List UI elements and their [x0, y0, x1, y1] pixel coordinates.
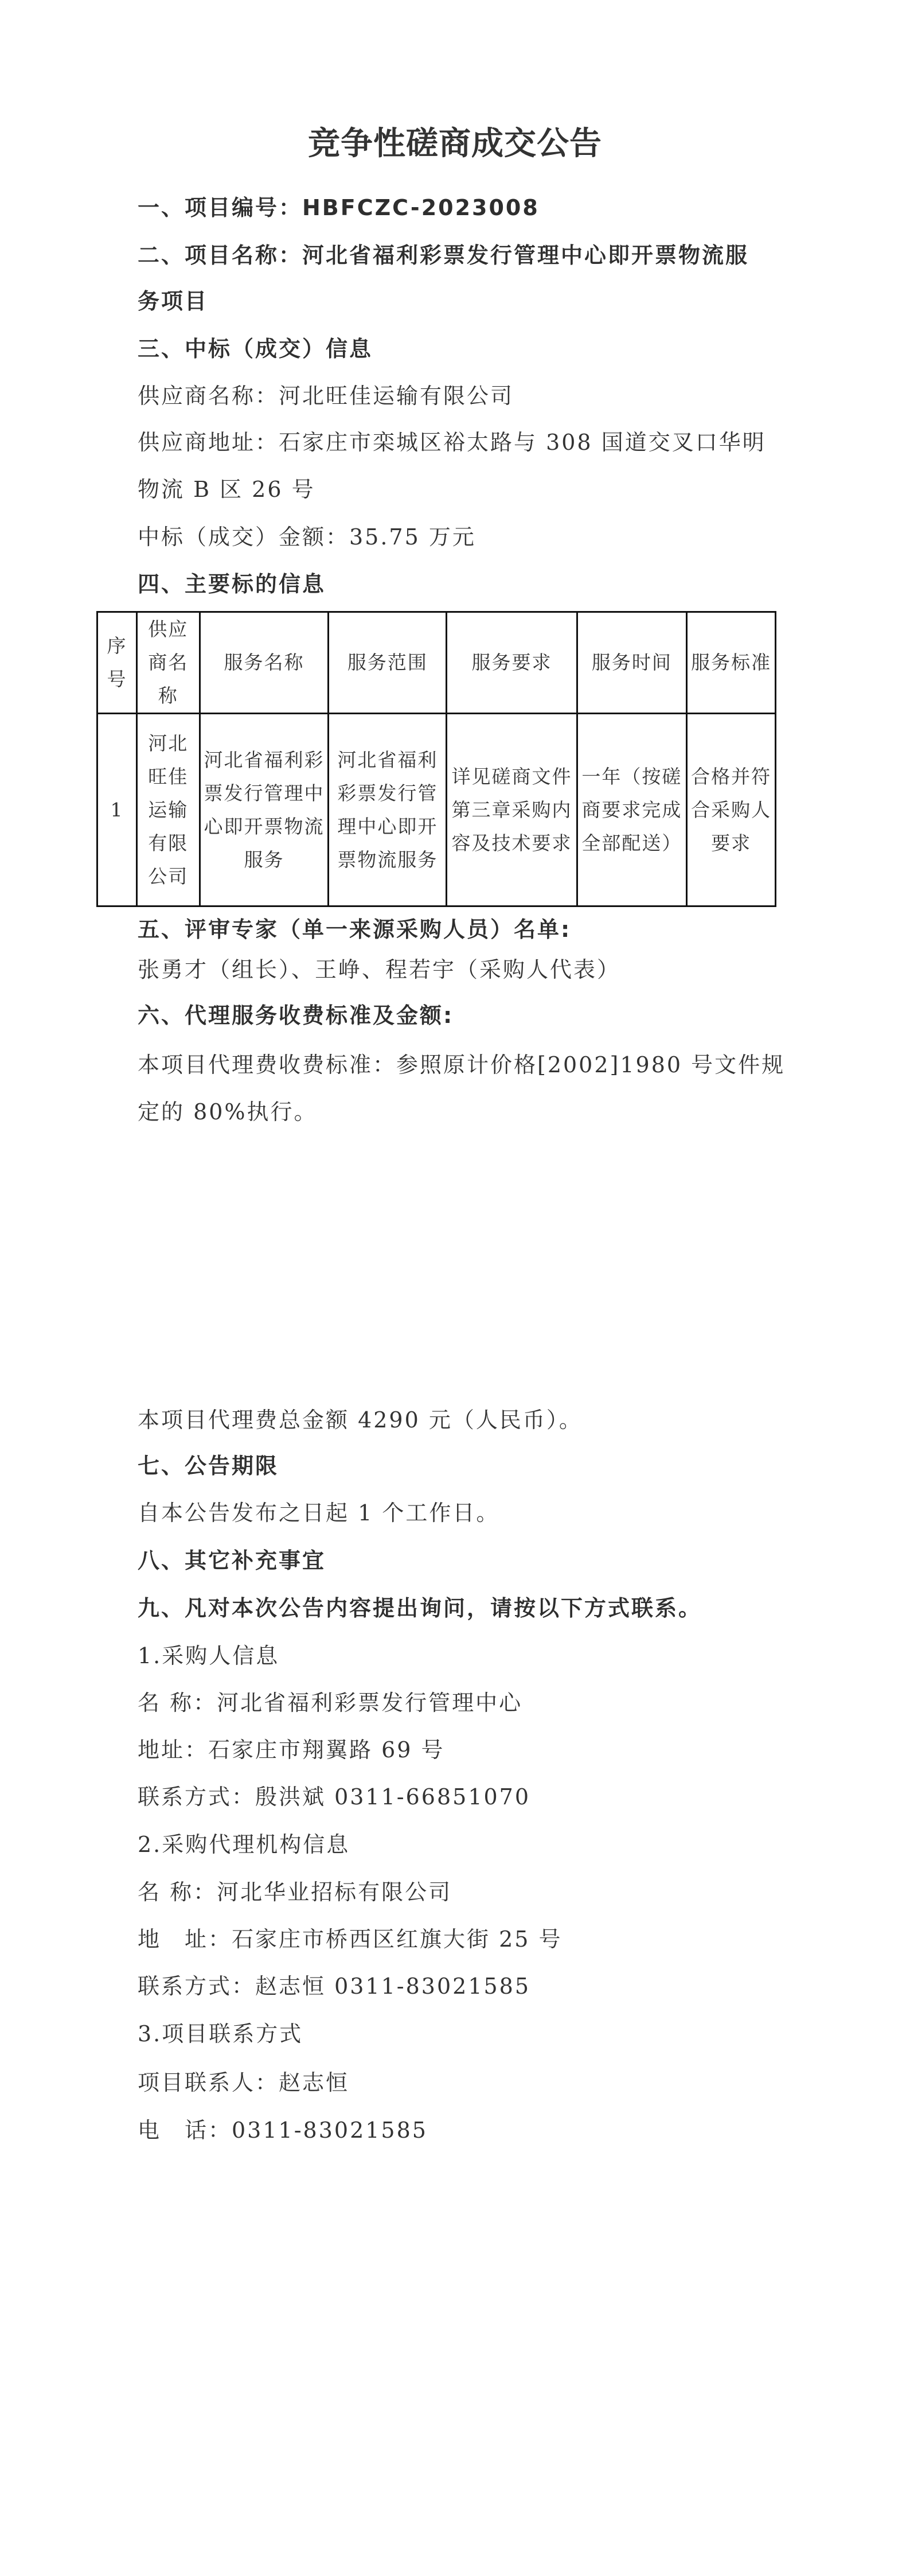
header-index: 序号: [97, 612, 137, 714]
award-info-heading: 三、中标（成交）信息: [138, 336, 373, 362]
table-header-row: 序号 供应商名称 服务名称 服务范围 服务要求 服务时间 服务标准: [97, 612, 776, 714]
contact-heading: 九、凡对本次公告内容提出询问，请按以下方式联系。: [138, 1595, 702, 1621]
notice-period-heading: 七、公告期限: [138, 1453, 279, 1479]
agency-address: 地 址：石家庄市桥西区红旗大街 25 号: [138, 1926, 563, 1952]
header-service-name: 服务名称: [200, 612, 329, 714]
cell-service-scope: 河北省福利彩票发行管理中心即开票物流服务: [329, 714, 447, 906]
cell-supplier: 河北旺佳运输有限公司: [137, 714, 200, 906]
cell-service-time: 一年（按磋商要求完成全部配送）: [577, 714, 687, 906]
agency-fee-total: 本项目代理费总金额 4290 元（人民币）。: [138, 1407, 583, 1433]
agency-heading: 2.采购代理机构信息: [138, 1831, 350, 1858]
header-service-standard: 服务标准: [687, 612, 776, 714]
main-subject-table: 序号 供应商名称 服务名称 服务范围 服务要求 服务时间 服务标准 1 河北旺佳…: [96, 611, 776, 907]
project-name-line-1: 二、项目名称：河北省福利彩票发行管理中心即开票物流服: [138, 242, 749, 269]
other-matters-heading: 八、其它补充事宜: [138, 1547, 326, 1574]
purchaser-heading: 1.采购人信息: [138, 1643, 279, 1669]
supplier-name: 供应商名称：河北旺佳运输有限公司: [138, 383, 514, 409]
award-amount: 中标（成交）金额：35.75 万元: [138, 524, 476, 550]
cell-index: 1: [97, 714, 137, 906]
agency-contact: 联系方式：赵志恒 0311-83021585: [138, 1973, 530, 1999]
header-service-requirement: 服务要求: [447, 612, 577, 714]
supplier-address-line-2: 物流 B 区 26 号: [138, 476, 315, 503]
table-row: 1 河北旺佳运输有限公司 河北省福利彩票发行管理中心即开票物流服务 河北省福利彩…: [97, 714, 776, 906]
experts-list: 张勇才（组长）、王峥、程若宇（采购人代表）: [138, 956, 620, 983]
agency-fee-standard-line-1: 本项目代理费收费标准：参照原计价格[2002]1980 号文件规: [138, 1052, 785, 1078]
project-contact-phone: 电 话：0311-83021585: [138, 2117, 428, 2143]
agency-fee-standard-line-2: 定的 80%执行。: [138, 1099, 318, 1125]
cell-service-name: 河北省福利彩票发行管理中心即开票物流服务: [200, 714, 329, 906]
purchaser-name: 名 称：河北省福利彩票发行管理中心: [138, 1690, 522, 1716]
project-name-line-2: 务项目: [138, 288, 208, 314]
main-subject-heading: 四、主要标的信息: [138, 571, 326, 597]
agency-fee-heading: 六、代理服务收费标准及金额:: [138, 1002, 454, 1029]
purchaser-contact: 联系方式：殷洪斌 0311-66851070: [138, 1784, 530, 1810]
page-title: 竞争性磋商成交公告: [0, 125, 910, 163]
notice-period: 自本公告发布之日起 1 个工作日。: [138, 1500, 499, 1526]
supplier-address-line-1: 供应商地址：石家庄市栾城区裕太路与 308 国道交叉口华明: [138, 429, 766, 456]
purchaser-address: 地址：石家庄市翔翼路 69 号: [138, 1737, 445, 1763]
header-service-time: 服务时间: [577, 612, 687, 714]
cell-service-requirement: 详见磋商文件第三章采购内容及技术要求: [447, 714, 577, 906]
project-number: 一、项目编号：HBFCZC-2023008: [138, 194, 540, 221]
header-supplier: 供应商名称: [137, 612, 200, 714]
cell-service-standard: 合格并符合采购人要求: [687, 714, 776, 906]
project-contact-person: 项目联系人：赵志恒: [138, 2069, 349, 2096]
header-service-scope: 服务范围: [329, 612, 447, 714]
agency-name: 名 称：河北华业招标有限公司: [138, 1879, 452, 1905]
experts-heading: 五、评审专家（单一来源采购人员）名单:: [138, 916, 571, 943]
project-contact-heading: 3.项目联系方式: [138, 2021, 303, 2047]
